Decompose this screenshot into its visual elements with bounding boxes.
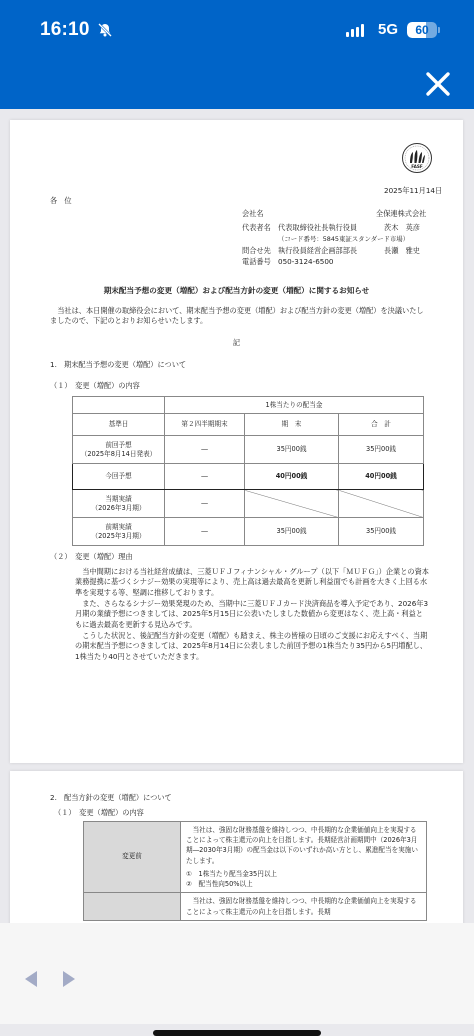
before-text: 当社は、強固な財務基盤を維持しつつ、中長期的な企業価値向上を実現することによって… [186, 825, 421, 866]
intro-paragraph: 当社は、本日開催の取締役会において、期末配当予想の変更（増配）および配当方針の変… [50, 306, 428, 327]
svg-text:FASF: FASF [411, 164, 423, 169]
bottom-toolbar [0, 923, 474, 1024]
table-row-current-forecast: 今回予想 ― 40円00銭 40円00銭 [73, 464, 424, 490]
subsection-2-heading: （２） 変更（増配）理由 [50, 552, 133, 562]
total-value-empty [339, 490, 424, 518]
forward-arrow-icon[interactable] [63, 971, 75, 987]
table-header-q2: 第２四半期期末 [165, 414, 245, 436]
table-empty-corner [73, 397, 165, 414]
reason-paragraph-2: また、さらなるシナジー効果発現のため、当期中に三菱ＵＦＪカード決済商品を導入予定… [75, 599, 430, 630]
battery-tip [438, 27, 440, 33]
q2-value: ― [165, 490, 245, 518]
ki-heading: 記 [10, 338, 463, 348]
contact-label: 問合せ先 [242, 246, 271, 256]
year-end-value: 35円00銭 [245, 436, 339, 464]
total-value: 40円00銭 [339, 464, 424, 490]
table-header-date: 基準日 [73, 414, 165, 436]
representative-title: 代表取締役社長執行役員 [278, 223, 357, 233]
table-row: 当期実績（2026年3月期） ― [73, 490, 424, 518]
dividend-policy-table: 変更前 当社は、強固な財務基盤を維持しつつ、中長期的な企業価値向上を実現すること… [83, 821, 427, 921]
fasf-logo-icon: FASF [401, 142, 433, 174]
row-label: 当期実績（2026年3月期） [73, 490, 165, 518]
reason-paragraph-3: こうした状況と、後記配当方針の変更（増配）も踏まえ、株主の皆様の日頃のご支援にお… [75, 631, 430, 662]
total-value: 35円00銭 [339, 436, 424, 464]
subsection-1-heading: （１） 変更（増配）の内容 [50, 381, 140, 391]
document-page-1: FASF 2025年11月14日 各 位 会社名 全保連株式会社 代表者名 代表… [10, 120, 463, 763]
table-row: 前期実績（2025年3月期） ― 35円00銭 35円00銭 [73, 518, 424, 546]
before-cell: 当社は、強固な財務基盤を維持しつつ、中長期的な企業価値向上を実現することによって… [181, 822, 427, 893]
row-label: 前期実績（2025年3月期） [73, 518, 165, 546]
before-item-1: ① 1株当たり配当金35円以上 [186, 869, 421, 879]
reason-paragraph-1: 当中間期における当社経営成績は、三菱ＵＦＪフィナンシャル・グループ（以下「ＭＵＦ… [75, 567, 430, 598]
representative-label: 代表者名 [242, 223, 271, 233]
network-type: 5G [378, 21, 398, 38]
status-time: 16:10 [40, 19, 90, 41]
after-label [84, 893, 181, 920]
section-1-heading: 1. 期末配当予想の変更（増配）について [50, 360, 186, 370]
addressee: 各 位 [50, 196, 72, 206]
row-label: 今回予想 [73, 464, 165, 490]
bell-slash-icon [97, 22, 113, 38]
before-item-2: ② 配当性向50%以上 [186, 879, 421, 889]
table-group-header: 1株当たりの配当金 [165, 397, 424, 414]
table-row-before: 変更前 当社は、強固な財務基盤を維持しつつ、中長期的な企業価値向上を実現すること… [84, 822, 427, 893]
contact-title: 執行役員経営企画部部長 [278, 246, 357, 256]
total-value: 35円00銭 [339, 518, 424, 546]
company-label: 会社名 [242, 209, 264, 219]
document-date: 2025年11月14日 [384, 186, 442, 196]
battery-level: 60 [407, 22, 437, 38]
battery-icon: 60 [407, 22, 437, 38]
row-label: 前回予想（2025年8月14日発表） [73, 436, 165, 464]
company-name: 全保連株式会社 [376, 209, 426, 219]
close-icon[interactable] [424, 70, 452, 98]
section-2-subsection-1-heading: （１） 変更（増配）の内容 [54, 808, 144, 818]
year-end-value-empty [245, 490, 339, 518]
phone-number: 050-3124-6500 [278, 257, 334, 267]
dividend-table: 1株当たりの配当金 基準日 第２四半期期末 期 末 合 計 前回予想（2025年… [72, 396, 424, 546]
representative-name: 茨木 英彦 [384, 223, 420, 233]
contact-name: 長瀬 雅史 [384, 246, 420, 256]
table-row-after: 当社は、強固な財務基盤を維持しつつ、中長期的な企業価値向上を実現することによって… [84, 893, 427, 920]
code-note: （コード番号：5845東証スタンダード市場） [278, 235, 409, 244]
q2-value: ― [165, 518, 245, 546]
year-end-value: 40円00銭 [245, 464, 339, 490]
document-title: 期末配当予想の変更（増配）および配当方針の変更（増配）に関するお知らせ [10, 285, 463, 296]
table-header-total: 合 計 [339, 414, 424, 436]
table-header-year-end: 期 末 [245, 414, 339, 436]
year-end-value: 35円00銭 [245, 518, 339, 546]
phone-label: 電話番号 [242, 257, 271, 267]
back-arrow-icon[interactable] [25, 971, 37, 987]
after-text: 当社は、強固な財務基盤を維持しつつ、中長期的な企業価値向上を実現することによって… [181, 893, 427, 920]
viewer-header: 16:10 5G 60 [0, 0, 474, 109]
q2-value: ― [165, 436, 245, 464]
q2-value: ― [165, 464, 245, 490]
section-2-heading: 2. 配当方針の変更（増配）について [50, 793, 172, 803]
before-label: 変更前 [84, 822, 181, 893]
table-row: 前回予想（2025年8月14日発表） ― 35円00銭 35円00銭 [73, 436, 424, 464]
signal-icon [346, 24, 364, 37]
